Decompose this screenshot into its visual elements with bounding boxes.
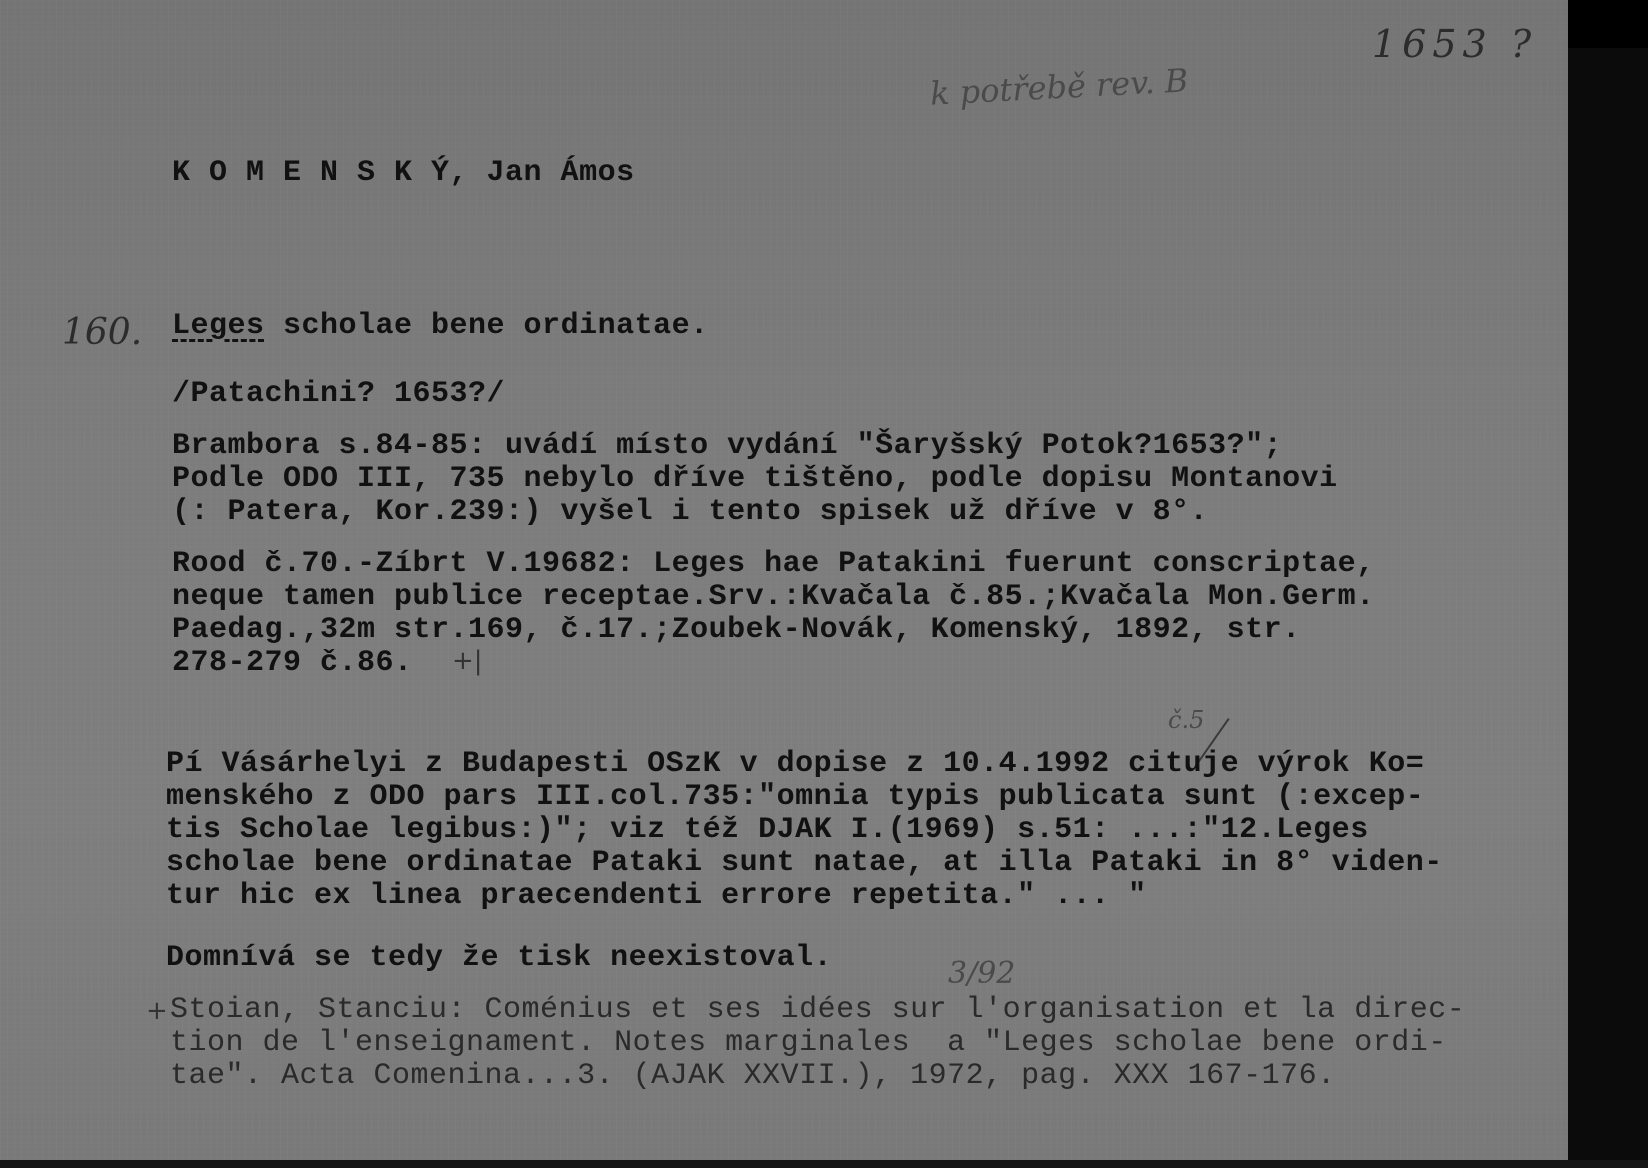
catalog-card: 1653 ? k potřebě rev. B K O M E N S K Ý,… [0, 0, 1571, 1160]
note-line: Podle ODO III, 735 nebylo dříve tištěno,… [172, 463, 1338, 496]
imprint: /Patachini? 1653?/ [172, 378, 505, 411]
note-line: 278-279 č.86. [172, 647, 1375, 680]
title-rest: scholae bene ordinatae. [265, 309, 709, 343]
footnote-marker: + [146, 996, 168, 1026]
author-heading: K O M E N S K Ý, Jan Ámos [172, 156, 635, 190]
note-rood: Rood č.70.-Zíbrt V.19682: Leges hae Pata… [172, 548, 1375, 680]
note-line: Pí Vásárhelyi z Budapesti OSzK v dopise … [166, 748, 1443, 781]
handwritten-revision-note: k potřebě rev. B [929, 61, 1189, 112]
title-line: Leges scholae bene ordinatae. [172, 310, 709, 343]
note-line: Rood č.70.-Zíbrt V.19682: Leges hae Pata… [172, 548, 1375, 581]
entry-number: 160. [62, 312, 142, 353]
handwritten-year-note: 1653 ? [1372, 22, 1537, 66]
handwritten-date: 3/92 [948, 956, 1015, 991]
note-line: tur hic ex linea praecendenti errore rep… [166, 880, 1443, 913]
footnote-line: tion de l'enseignament. Notes marginales… [170, 1027, 1465, 1060]
handwritten-insert: č.5 [1168, 706, 1204, 734]
note-brambora: Brambora s.84-85: uvádí místo vydání "Ša… [172, 430, 1338, 529]
note-line: (: Patera, Kor.239:) vyšel i tento spise… [172, 496, 1338, 529]
scan-background-corner [1568, 0, 1648, 48]
note-line: scholae bene ordinatae Pataki sunt natae… [166, 847, 1443, 880]
scan-background-edge [1568, 0, 1648, 1168]
note-line: tis Scholae legibus:)"; viz též DJAK I.(… [166, 814, 1443, 847]
footnote-stoian: Stoian, Stanciu: Coménius et ses idées s… [170, 994, 1465, 1093]
footnote-line: Stoian, Stanciu: Coménius et ses idées s… [170, 994, 1465, 1027]
note-line: Paedag.,32m str.169, č.17.;Zoubek-Novák,… [172, 614, 1375, 647]
note-line: neque tamen publice receptae.Srv.:Kvačal… [172, 581, 1375, 614]
title-keyword: Leges [172, 309, 265, 343]
note-line: Brambora s.84-85: uvádí místo vydání "Ša… [172, 430, 1338, 463]
note-line: menského z ODO pars III.col.735:"omnia t… [166, 781, 1443, 814]
note-vasarhelyi: Pí Vásárhelyi z Budapesti OSzK v dopise … [166, 748, 1443, 913]
footnote-line: tae". Acta Comenina...3. (AJAK XXVII.), … [170, 1060, 1465, 1093]
reference-plus-mark: +| [452, 646, 483, 676]
conclusion: Domnívá se tedy že tisk neexistoval. [166, 942, 832, 975]
scan-bottom-edge [0, 1160, 1648, 1168]
